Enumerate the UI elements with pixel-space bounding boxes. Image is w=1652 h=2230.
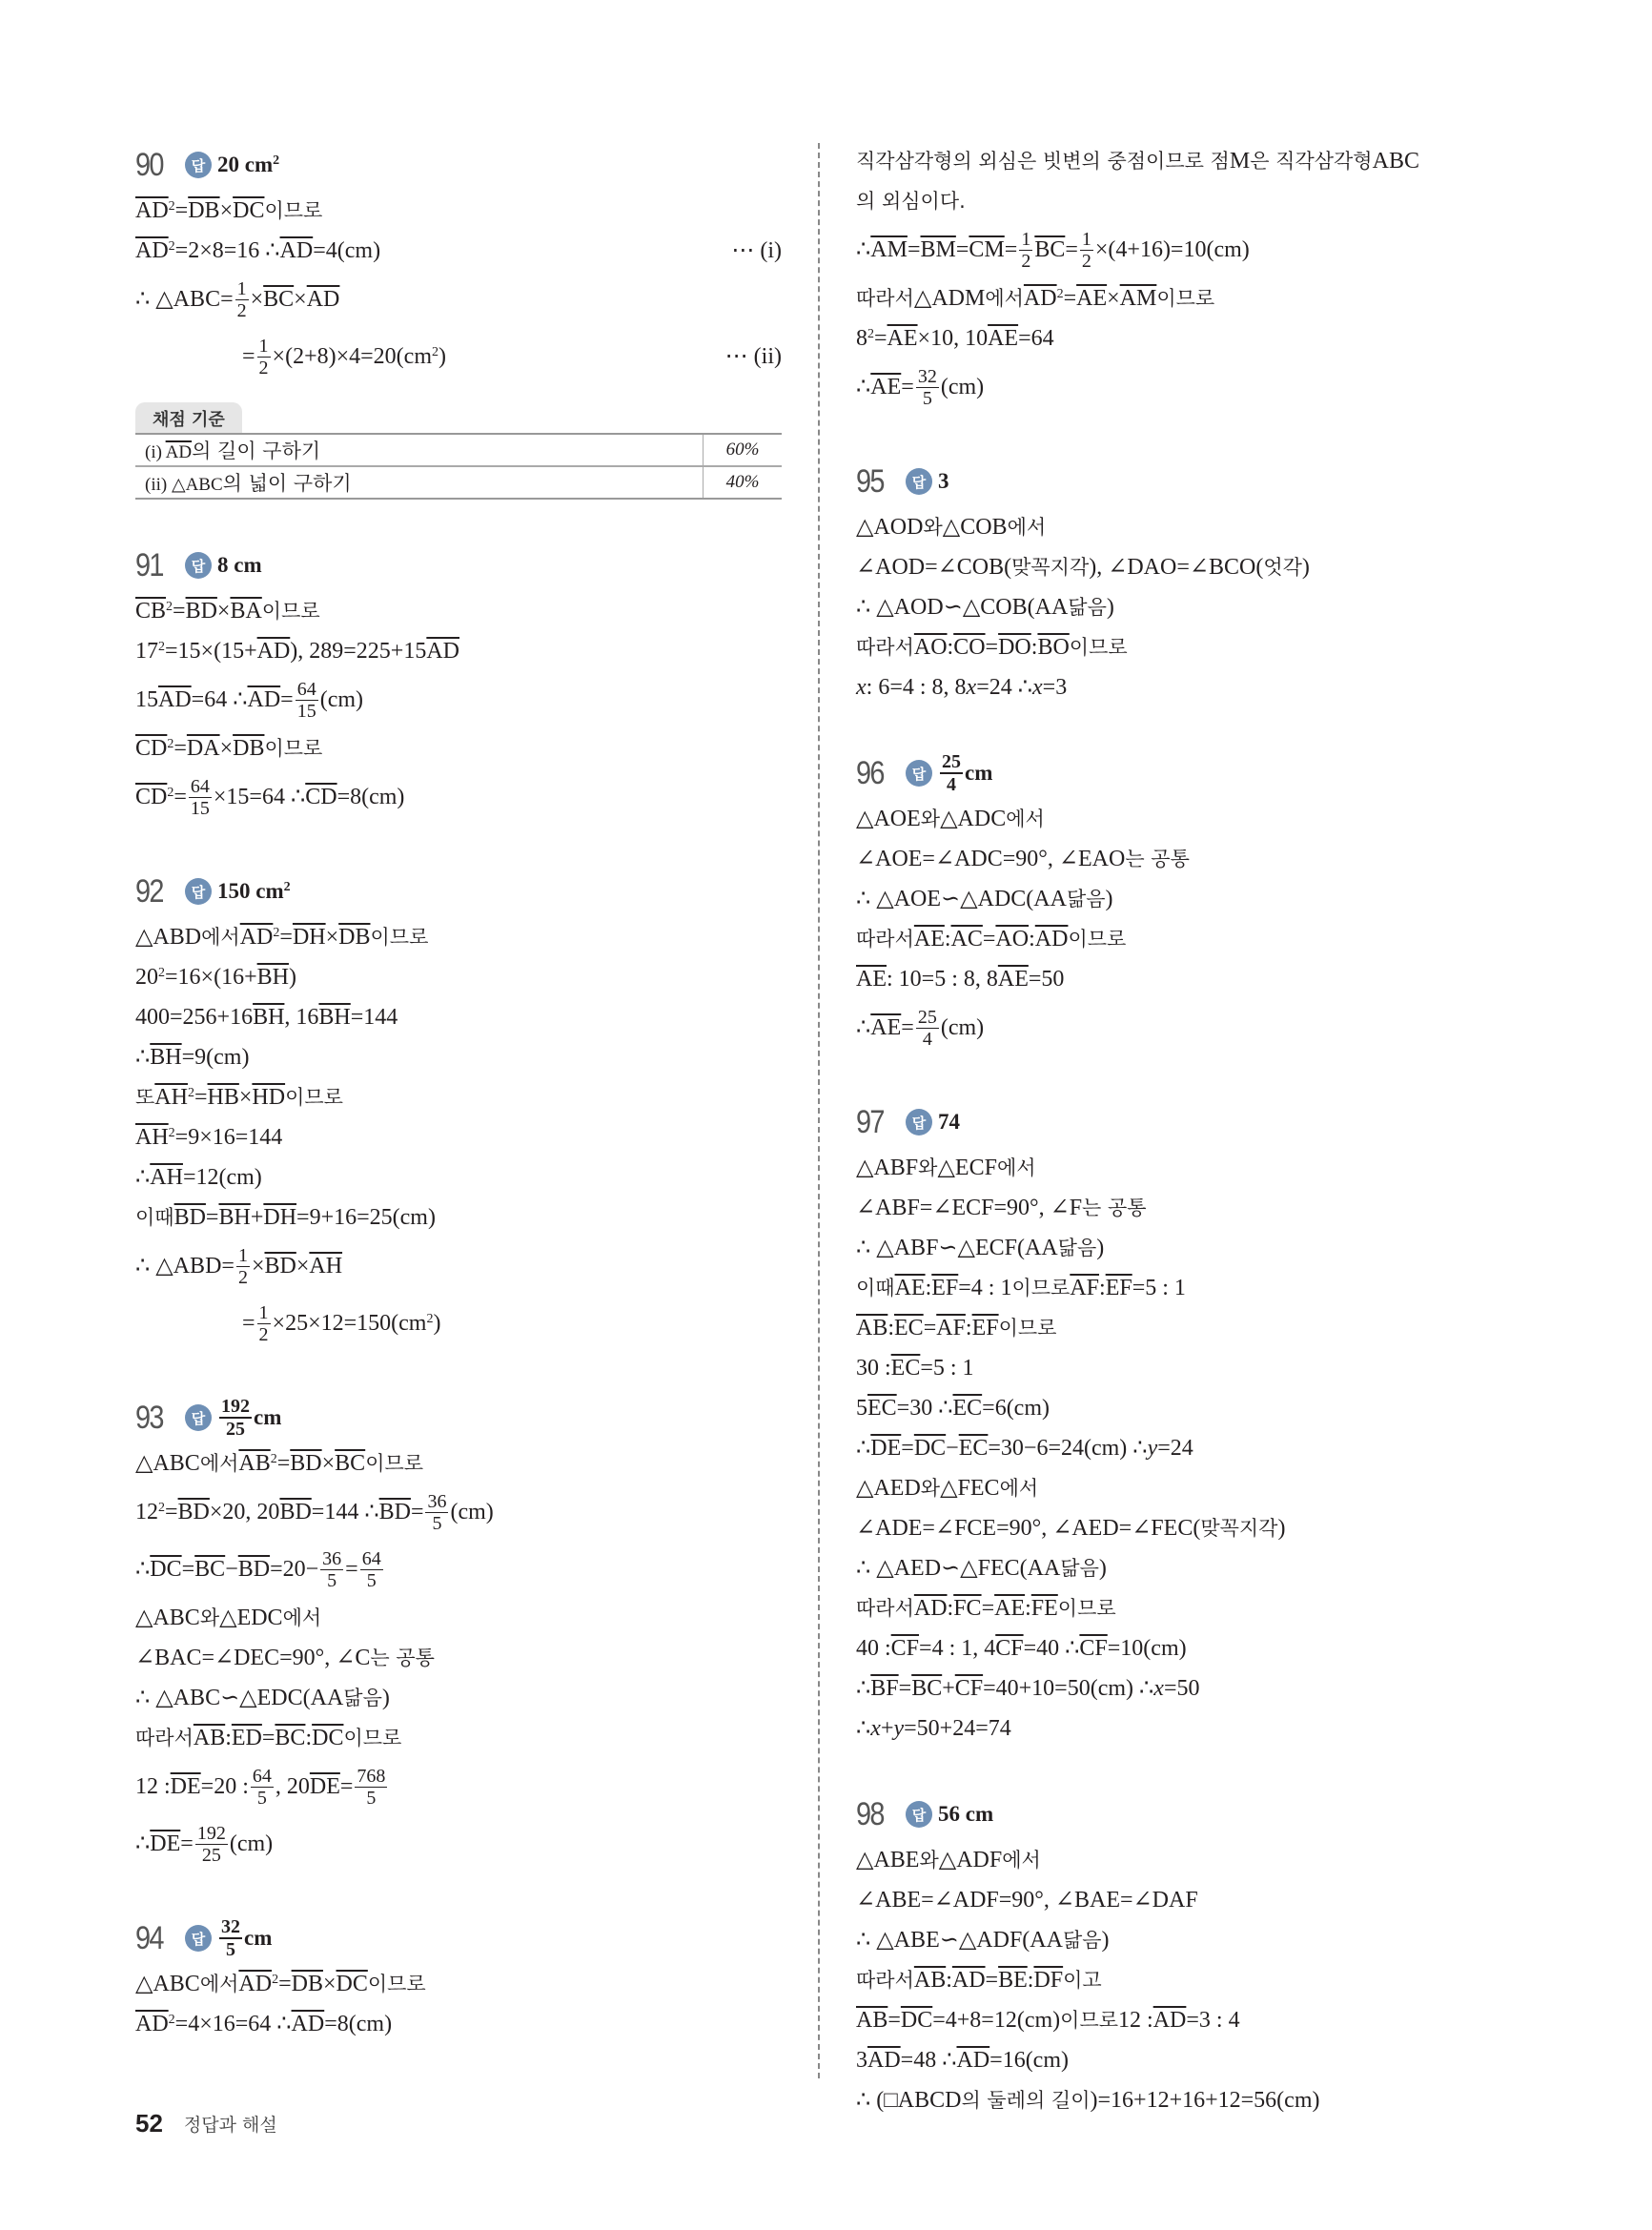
math-text: ×	[220, 191, 234, 231]
math-text: =30 ∴	[897, 1388, 953, 1428]
solution-line: 이때 BD=BH+DH=9+16=25(cm)	[135, 1197, 782, 1238]
answer-value: 254 cm	[938, 751, 992, 795]
solution-line: ∴ DC=BC−BD=20−365=645	[135, 1541, 782, 1598]
superscript: 2	[166, 587, 173, 627]
numerator: 36	[320, 1548, 343, 1570]
segment-overline: BH	[318, 997, 350, 1037]
math-text: =	[277, 1443, 291, 1483]
math-text: =10(cm)	[1108, 1628, 1187, 1668]
segment-overline: AM	[1120, 278, 1157, 318]
solution-line: 12 : DE=20 : 645, 20DE=7685	[135, 1758, 782, 1815]
math-text: =5 : 1	[1132, 1268, 1186, 1308]
math-text: cm	[254, 1405, 281, 1430]
math-text: ×	[252, 1239, 265, 1293]
math-text: △ADC	[940, 799, 1006, 839]
variable: x	[856, 667, 867, 707]
numerator: 192	[219, 1396, 252, 1419]
superscript: 2	[271, 1440, 277, 1480]
solution-line: △ABE와 △ADF에서	[856, 1840, 1523, 1880]
segment-overline: BH	[257, 957, 289, 997]
math-text: =	[194, 1077, 208, 1117]
solution-line: ∴ △ABC=12×BC×AD	[135, 271, 782, 328]
math-text: △ABC	[135, 1598, 200, 1638]
math-text: =	[924, 1308, 937, 1348]
segment-overline: AD	[867, 2040, 901, 2080]
denominator: 15	[189, 798, 212, 819]
korean-text: 와	[919, 1840, 938, 1880]
korean-text: 따라서	[135, 1718, 194, 1758]
math-text: ×	[239, 1077, 253, 1117]
math-text: =50	[1164, 1668, 1200, 1708]
answer-value: 325 cm	[217, 1916, 272, 1960]
solution-line: 따라서 AD : FC=AE : FE이므로	[856, 1588, 1523, 1628]
math-text: =	[173, 728, 187, 768]
math-text: 8	[856, 318, 867, 358]
korean-text: 이때	[856, 1268, 895, 1308]
answer-value: 3	[938, 469, 949, 494]
math-text: =	[986, 1960, 999, 2000]
korean-text: 닮음	[1060, 1548, 1099, 1588]
math-text: ×	[326, 917, 339, 957]
segment-overline: AB	[238, 1443, 270, 1483]
solution-line: CD2=6415×15=64 ∴ CD=8(cm)	[135, 768, 782, 826]
column-divider	[818, 143, 820, 2078]
solution-line: ∴ △AED∽△FEC(AA 닮음)	[856, 1548, 1523, 1588]
korean-text: 이므로	[1070, 627, 1128, 667]
math-text: )	[1302, 547, 1310, 587]
math-text: 150 cm	[217, 879, 284, 904]
math-text: =15×(15+	[165, 631, 257, 671]
solution-line: AB=DC=4+8=12(cm)이므로 12 : AD=3 : 4	[856, 2000, 1523, 2040]
math-text: , 20	[275, 1760, 310, 1813]
page-footer: 52 정답과 해설	[135, 2109, 277, 2138]
left-column: 90답20 cm2AD2=DB×DC이므로AD2=2×8=16 ∴ AD=4(c…	[135, 143, 782, 2088]
solution-line: x : 6=4 : 8, 8x=24 ∴ x=3	[856, 667, 1523, 707]
right-column: 직각삼각형의 외심은 빗변의 중점이므로 점 M은 직각삼각형 ABC의 외심이…	[856, 141, 1523, 2164]
segment-overline: EC	[952, 1388, 982, 1428]
segment-overline: AD	[426, 631, 459, 671]
math-text: =	[262, 1718, 275, 1758]
math-text: (cm)	[320, 673, 363, 726]
variable: x	[1153, 1668, 1164, 1708]
numerator: 64	[189, 776, 212, 798]
problem-97: 97답74△ABF와 △ECF에서∠ABF=∠ECF=90°, ∠F는 공통∴ …	[856, 1100, 1523, 1749]
numerator: 1	[1080, 229, 1093, 251]
answer-badge-icon: 답	[906, 468, 932, 495]
math-text: 5	[856, 1388, 867, 1428]
korean-text: 또	[135, 1077, 154, 1117]
segment-overline: AD	[135, 191, 169, 231]
denominator: 2	[236, 1267, 250, 1288]
segment-overline: DC	[312, 1718, 343, 1758]
superscript: 2	[158, 1482, 165, 1535]
denominator: 4	[945, 774, 958, 795]
answer-value: 8 cm	[217, 553, 262, 578]
solution-line: AD2=DB×DC이므로	[135, 191, 782, 231]
segment-overline: AO	[914, 627, 948, 667]
segment-overline: BH	[150, 1037, 181, 1077]
korean-text: 와	[921, 1468, 940, 1508]
korean-text: 닮음	[1068, 587, 1107, 627]
solution-line: 따라서 AB : AD=BE : DF이고	[856, 1960, 1523, 2000]
math-text: =30−6=24(cm) ∴	[988, 1428, 1147, 1468]
problem-number: 96	[856, 755, 898, 792]
math-text: =16(cm)	[989, 2040, 1069, 2080]
solution-line: ∠ABE=∠ADF=90°, ∠BAE=∠DAF	[856, 1880, 1523, 1920]
segment-overline: CD	[135, 728, 167, 768]
variable: x	[1032, 667, 1043, 707]
denominator: 5	[224, 1939, 237, 1960]
segment-overline: CM	[969, 223, 1004, 276]
numerator: 1	[236, 1245, 250, 1267]
numerator: 64	[296, 679, 318, 701]
segment-overline: AB	[856, 2000, 887, 2040]
math-text: =	[340, 1760, 354, 1813]
math-text: :	[305, 1718, 312, 1758]
fraction: 645	[360, 1548, 383, 1591]
math-text: ∴	[856, 1001, 870, 1054]
math-text: ×25×12=150(cm	[273, 1297, 427, 1350]
math-text: cm	[244, 1926, 272, 1951]
math-text: =	[180, 1817, 194, 1871]
solution-line: 15 AD=64 ∴ AD=6415(cm)	[135, 671, 782, 728]
math-text: ∴ △ABE∽△ADF(AA	[856, 1920, 1063, 1960]
segment-overline: AD	[257, 631, 291, 671]
math-text: =9+16=25(cm)	[296, 1197, 436, 1238]
segment-overline: BE	[998, 1960, 1028, 2000]
segment-overline: DF	[1033, 1960, 1063, 2000]
solution-line: △AOE와 △ADC에서	[856, 799, 1523, 839]
segment-overline: DE	[310, 1760, 340, 1813]
segment-overline: BO	[1037, 627, 1069, 667]
solution-line: =12×(2+8)×4=20(cm2)⋯ (ii)	[135, 328, 782, 385]
solution-line: ∴ (□ABCD의 둘레의 길이)=16+12+16+12=56(cm)	[856, 2080, 1523, 2120]
numerator: 64	[251, 1766, 274, 1788]
math-text: =	[1064, 278, 1077, 318]
korean-text: 이므로	[264, 191, 322, 231]
math-text: 12 :	[1118, 2000, 1153, 2040]
page-number: 52	[135, 2109, 163, 2138]
math-text: 17	[135, 631, 158, 671]
solution-line: CB2=BD×BA이므로	[135, 591, 782, 631]
math-text: ∠AOD=∠COB(	[856, 547, 1011, 587]
problem-98: 98답56 cm△ABE와 △ADF에서∠ABE=∠ADF=90°, ∠BAE=…	[856, 1792, 1523, 2120]
solution-line: ∴ △AOE∽△ADC(AA 닮음)	[856, 879, 1523, 919]
math-text: ∴	[856, 360, 870, 414]
math-text: =40 ∴	[1024, 1628, 1080, 1668]
math-text: ABC	[1373, 141, 1419, 181]
superscript: 2	[188, 1074, 194, 1114]
math-text: =3 : 4	[1186, 2000, 1239, 2040]
segment-overline: DO	[998, 627, 1031, 667]
segment-overline: AB	[194, 1718, 225, 1758]
segment-overline: AD	[292, 2004, 325, 2044]
math-text: 40 :	[856, 1628, 891, 1668]
superscript: 2	[167, 767, 173, 820]
korean-text: 이므로	[368, 1964, 426, 2004]
variable: x	[870, 1708, 881, 1749]
scoring-criteria: 채점 기준(i) AD의 길이 구하기60%(ii) △ABC의 넓이 구하기4…	[135, 402, 782, 500]
solution-line: △ABD에서 AD2=DH×DB이므로	[135, 917, 782, 957]
answer-value: 56 cm	[938, 1802, 993, 1827]
solution-line: ∴ △AOD∽△COB(AA 닮음)	[856, 587, 1523, 627]
segment-overline: AE	[870, 360, 901, 414]
numerator: 36	[425, 1491, 448, 1513]
solution-line: AD2=2×8=16 ∴ AD=4(cm)⋯ (i)	[135, 231, 782, 271]
math-text: ∴	[135, 1817, 150, 1871]
math-text: , 16	[284, 997, 318, 1037]
solution-line: ∴ BF=BC+CF=40+10=50(cm) ∴ x=50	[856, 1668, 1523, 1708]
superscript: 2	[426, 1293, 433, 1346]
math-text: ∴	[856, 1668, 870, 1708]
segment-overline: CD	[305, 770, 337, 824]
superscript: 2	[169, 1114, 175, 1154]
math-text: =24 ∴	[976, 667, 1032, 707]
fraction: 254	[916, 1007, 939, 1050]
scoring-table: (i) AD의 길이 구하기60%(ii) △ABC의 넓이 구하기40%	[135, 433, 782, 500]
solution-line: △ABF와 △ECF에서	[856, 1148, 1523, 1188]
segment-overline: AD	[166, 442, 192, 462]
fraction: 325	[916, 366, 939, 409]
math-text: =	[887, 2000, 901, 2040]
solution-line: ∠ADE=∠FCE=90°, ∠AED=∠FEC(맞꼭지각)	[856, 1508, 1523, 1548]
math-text: ×	[1107, 278, 1120, 318]
math-text: :	[1031, 627, 1038, 667]
math-text: 15	[135, 673, 158, 726]
segment-overline: DB	[292, 1964, 323, 2004]
problem-number: 98	[856, 1796, 898, 1833]
math-text: =4+8=12(cm)	[932, 2000, 1060, 2040]
solution-line: 직각삼각형의 외심은 빗변의 중점이므로 점 M은 직각삼각형 ABC	[856, 141, 1523, 181]
segment-overline: EC	[959, 1428, 989, 1468]
problem-header: 98답56 cm	[856, 1792, 1523, 1836]
math-text: :	[1029, 919, 1035, 959]
solution-line: ∠AOD=∠COB(맞꼭지각), ∠DAO=∠BCO(엇각)	[856, 547, 1523, 587]
math-text: =3	[1043, 667, 1068, 707]
korean-text: 이므로	[365, 1443, 423, 1483]
math-text: =144 ∴	[312, 1485, 379, 1539]
denominator: 5	[364, 1788, 377, 1809]
solution-line: 따라서 AB : ED=BC : DC이므로	[135, 1718, 782, 1758]
solution-line: 172=15×(15+AD), 289=225+15AD	[135, 631, 782, 671]
math-text: ×	[322, 1443, 336, 1483]
math-text: 3	[856, 2040, 867, 2080]
superscript: 2	[158, 953, 165, 993]
korean-text: 의 둘레의 길이	[961, 2080, 1090, 2120]
math-text: )=16+12+16+12=56(cm)	[1091, 2080, 1320, 2120]
superscript: 2	[167, 725, 173, 765]
segment-overline: BD	[238, 1543, 270, 1596]
math-text: ∴ △ABC=	[135, 273, 234, 326]
korean-text: 이므로	[1011, 1268, 1070, 1308]
solution-line: △ABC와 △EDC에서	[135, 1598, 782, 1638]
fraction: 6415	[296, 679, 318, 722]
answer-value: 20 cm2	[217, 153, 279, 177]
math-text: −	[946, 1428, 959, 1468]
solution-line: ∴ △ABD=12×BD×AH	[135, 1238, 782, 1295]
segment-overline: AE	[856, 959, 887, 999]
segment-overline: AE	[1076, 278, 1107, 318]
solution-line: 40 : CF=4 : 1, 4CF=40 ∴ CF=10(cm)	[856, 1628, 1523, 1668]
math-text: =4×16=64 ∴	[175, 2004, 292, 2044]
math-text: =	[173, 591, 186, 631]
math-text: =2×8=16 ∴	[175, 231, 280, 271]
math-text: )	[1102, 1920, 1110, 1960]
problem-96: 96답254 cm△AOE와 △ADC에서∠AOE=∠ADC=90°, ∠EAO…	[856, 751, 1523, 1056]
korean-text: 에서	[1006, 799, 1045, 839]
problem-header: 97답74	[856, 1100, 1523, 1144]
korean-text: 은 직각삼각형	[1250, 141, 1372, 181]
math-text: =64 ∴	[192, 673, 248, 726]
variable: y	[1148, 1428, 1158, 1468]
scoring-row: (i) AD의 길이 구하기60%	[135, 434, 782, 466]
solution-line: ∴ △ABC∽△EDC(AA 닮음)	[135, 1678, 782, 1718]
segment-overline: AH	[135, 1117, 169, 1157]
math-text: =	[206, 1197, 219, 1238]
segment-overline: AD	[238, 1964, 272, 2004]
math-text: =	[175, 191, 189, 231]
segment-overline: AD	[956, 2040, 989, 2080]
math-text: M	[1230, 141, 1250, 181]
math-text: :	[1028, 1960, 1034, 2000]
math-text: =	[901, 360, 914, 414]
answer-value: 74	[938, 1110, 960, 1135]
math-text: =	[173, 770, 187, 824]
superscript: 2	[158, 627, 165, 667]
math-text: ∴ △ABD=	[135, 1239, 235, 1293]
fraction: 19225	[219, 1396, 252, 1440]
math-text: △ADM	[914, 278, 985, 318]
math-text: (cm)	[941, 360, 984, 414]
math-text: △ABC	[135, 1443, 200, 1483]
segment-overline: AD	[914, 1588, 948, 1628]
math-text: =	[874, 318, 887, 358]
denominator: 2	[1080, 251, 1093, 272]
segment-overline: BD	[290, 1443, 321, 1483]
math-text: :	[887, 1308, 894, 1348]
math-text: =8(cm)	[324, 2004, 392, 2044]
segment-overline: AD	[135, 231, 169, 271]
problem-number: 93	[135, 1400, 177, 1437]
korean-text: 에서	[985, 278, 1024, 318]
math-text: △AOE	[856, 799, 921, 839]
fraction: 12	[1080, 229, 1093, 272]
math-text: △COB	[943, 507, 1008, 547]
math-text: =8(cm)	[337, 770, 405, 824]
superscript: 2	[273, 913, 279, 953]
math-text: 12 :	[135, 1760, 171, 1813]
math-text: =50+24=74	[904, 1708, 1011, 1749]
math-text: =20 :	[201, 1760, 249, 1813]
segment-overline: DE	[171, 1760, 201, 1813]
denominator: 15	[296, 701, 318, 722]
math-text: ×	[251, 273, 264, 326]
math-text: (cm)	[941, 1001, 984, 1054]
problem-number: 91	[135, 547, 177, 584]
scoring-criterion: (i) AD의 길이 구하기	[135, 434, 704, 466]
segment-overline: AD	[247, 673, 280, 726]
korean-text: 의 넓이 구하기	[223, 472, 352, 495]
math-text: =	[899, 1668, 912, 1708]
math-text: =	[982, 1588, 995, 1628]
math-text: 56 cm	[938, 1802, 993, 1827]
korean-text: 의 외심이다.	[856, 181, 966, 221]
solution-line: 또 AH2=HB×HD이므로	[135, 1077, 782, 1117]
math-text: =	[983, 919, 996, 959]
problem-header: 93답19225 cm	[135, 1396, 782, 1440]
segment-overline: ED	[232, 1718, 262, 1758]
math-text: ×20, 20	[210, 1485, 280, 1539]
segment-overline: EC	[894, 1308, 924, 1348]
solution-line: CD2=DA×DB이므로	[135, 728, 782, 768]
denominator: 25	[224, 1419, 247, 1440]
math-text: ∴	[135, 1157, 150, 1197]
superscript: 2	[169, 187, 175, 227]
problem-header: 92답150 cm2	[135, 869, 782, 913]
math-text: =4 : 1	[958, 1268, 1011, 1308]
solution-line: ∴ DE=19225(cm)	[135, 1815, 782, 1872]
solution-line: ∴ △ABF∽△ECF(AA 닮음)	[856, 1228, 1523, 1268]
segment-overline: AF	[936, 1308, 966, 1348]
math-text: =16×(16+	[165, 957, 257, 997]
segment-overline: AH	[309, 1239, 342, 1293]
answer-badge-icon: 답	[906, 1109, 932, 1135]
math-text: =	[279, 917, 293, 957]
solution-line: 400=256+16BH, 16BH=144	[135, 997, 782, 1037]
korean-text: 닮음	[1067, 879, 1106, 919]
math-text: =	[956, 223, 969, 276]
problem-number: 97	[856, 1104, 898, 1141]
math-text: ×	[323, 1964, 337, 2004]
problem-95: 95답3△AOD와 △COB에서∠AOD=∠COB(맞꼭지각), ∠DAO=∠B…	[856, 460, 1523, 707]
segment-overline: AD	[952, 1960, 986, 2000]
korean-text: 직각삼각형의 외심은 빗변의 중점이므로 점	[856, 141, 1230, 181]
segment-overline: BC	[275, 1718, 305, 1758]
math-text: =50	[1029, 959, 1065, 999]
math-text: ∴ △ABF∽△ECF(AA	[856, 1228, 1058, 1268]
problem-91: 91답8 cmCB2=BD×BA이므로172=15×(15+AD), 289=2…	[135, 543, 782, 826]
problem-header: 96답254 cm	[856, 751, 1523, 795]
fraction: 365	[425, 1491, 448, 1534]
math-text: =40+10=50(cm) ∴	[983, 1668, 1153, 1708]
footer-title: 정답과 해설	[184, 2111, 277, 2137]
problem-header: 91답8 cm	[135, 543, 782, 587]
math-text: ∠ABF=∠ECF=90°, ∠F	[856, 1188, 1082, 1228]
segment-overline: DC	[901, 2000, 932, 2040]
korean-text: 닮음	[1058, 1228, 1097, 1268]
solution-line: ∠AOE=∠ADC=90°, ∠EAO는 공통	[856, 839, 1523, 879]
solution-line: ∴ AM=BM=CM=12BC=12×(4+16)=10(cm)	[856, 221, 1523, 278]
segment-overline: BH	[218, 1197, 250, 1238]
segment-overline: CD	[135, 770, 167, 824]
segment-overline: BD	[279, 1485, 311, 1539]
korean-text: 이므로	[262, 591, 320, 631]
segment-overline: AH	[150, 1157, 183, 1197]
scoring-percent: 40%	[704, 466, 783, 499]
numerator: 32	[219, 1916, 242, 1939]
math-text: =	[908, 223, 921, 276]
numerator: 25	[940, 751, 963, 774]
math-text: 3	[938, 469, 949, 494]
math-text: △ADF	[939, 1840, 1002, 1880]
math-text: △ECF	[937, 1148, 996, 1188]
math-text: )	[1277, 1508, 1285, 1548]
scoring-criterion: (ii) △ABC의 넓이 구하기	[135, 466, 704, 499]
math-text: △ABF	[856, 1148, 918, 1188]
segment-overline: BC	[911, 1668, 942, 1708]
answer-value: 150 cm2	[217, 879, 291, 904]
korean-text: 에서	[1008, 507, 1047, 547]
